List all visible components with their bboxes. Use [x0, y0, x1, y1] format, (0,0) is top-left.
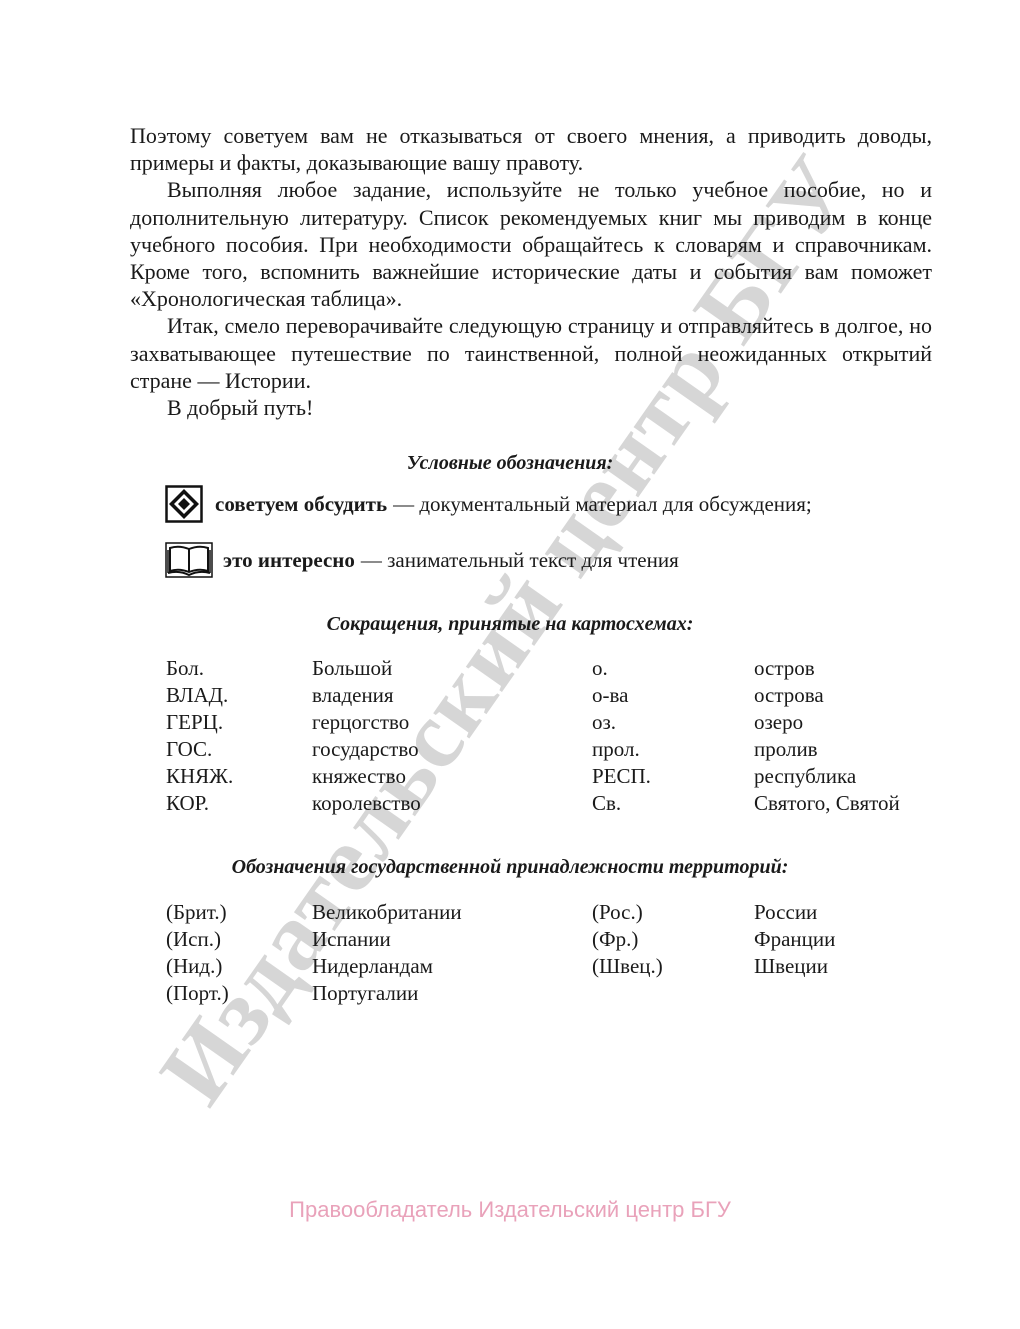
meaning: Нидерландам: [312, 953, 462, 980]
legend-term: советуем обсудить: [215, 492, 387, 517]
meaning: Португалии: [312, 980, 462, 1007]
intro-text: Поэтому советуем вам не отказываться от …: [130, 122, 932, 421]
abbr: (Брит.): [166, 899, 229, 926]
meaning: острова: [754, 682, 900, 709]
meaning: владения: [312, 682, 421, 709]
abbr: ГОС.: [166, 736, 233, 763]
abbr: (Порт.): [166, 980, 229, 1007]
abbreviations-left-abbr-column: Бол. ВЛАД. ГЕРЦ. ГОС. КНЯЖ. КОР.: [166, 655, 233, 817]
ownership-right-meaning-column: России Франции Швеции: [754, 899, 835, 980]
abbr: (Нид.): [166, 953, 229, 980]
meaning: остров: [754, 655, 900, 682]
abbreviations-left-meaning-column: Большой владения герцогство государство …: [312, 655, 421, 817]
abbr: КОР.: [166, 790, 233, 817]
meaning: Испании: [312, 926, 462, 953]
meaning: Большой: [312, 655, 421, 682]
abbr: прол.: [592, 736, 651, 763]
meaning: Великобритании: [312, 899, 462, 926]
legend-description: — документальный материал для обсуждения…: [393, 492, 812, 517]
paragraph: В добрый путь!: [130, 394, 932, 421]
ownership-left-meaning-column: Великобритании Испании Нидерландам Порту…: [312, 899, 462, 1007]
abbr: о.: [592, 655, 651, 682]
meaning: Франции: [754, 926, 835, 953]
meaning: княжество: [312, 763, 421, 790]
meaning: королевство: [312, 790, 421, 817]
meaning: России: [754, 899, 835, 926]
abbr: Св.: [592, 790, 651, 817]
abbreviations-right-meaning-column: остров острова озеро пролив республика С…: [754, 655, 900, 817]
meaning: Швеции: [754, 953, 835, 980]
legend-term: это интересно: [223, 548, 355, 573]
legend-heading: Условные обозначения:: [0, 452, 1020, 475]
abbreviations-right-abbr-column: о. о-ва оз. прол. РЕСП. Св.: [592, 655, 651, 817]
meaning: государство: [312, 736, 421, 763]
meaning: герцогство: [312, 709, 421, 736]
diamond-in-square-icon: [165, 485, 203, 523]
paragraph: Итак, смело переворачивайте следующую ст…: [130, 312, 932, 394]
abbr: о-ва: [592, 682, 651, 709]
abbr: ВЛАД.: [166, 682, 233, 709]
meaning: Святого, Святой: [754, 790, 900, 817]
legend-item-discuss: советуем обсудить — документальный матер…: [165, 485, 812, 523]
abbr: (Рос.): [592, 899, 663, 926]
meaning: пролив: [754, 736, 900, 763]
abbr: КНЯЖ.: [166, 763, 233, 790]
abbr: ГЕРЦ.: [166, 709, 233, 736]
legend-item-interesting: это интересно — занимательный текст для …: [165, 542, 679, 578]
abbr: Бол.: [166, 655, 233, 682]
meaning: озеро: [754, 709, 900, 736]
meaning: республика: [754, 763, 900, 790]
abbr: (Исп.): [166, 926, 229, 953]
ownership-right-abbr-column: (Рос.) (Фр.) (Швец.): [592, 899, 663, 980]
abbreviations-heading: Сокращения, принятые на картосхемах:: [0, 613, 1020, 636]
paragraph: Выполняя любое задание, используйте не т…: [130, 176, 932, 312]
copyright-footer: Правообладатель Издательский центр БГУ: [0, 1197, 1020, 1223]
abbr: оз.: [592, 709, 651, 736]
page-content: Поэтому советуем вам не отказываться от …: [0, 0, 1020, 1329]
ownership-heading: Обозначения государственной принадлежнос…: [0, 856, 1020, 879]
ownership-left-abbr-column: (Брит.) (Исп.) (Нид.) (Порт.): [166, 899, 229, 1007]
legend-description: — занимательный текст для чтения: [361, 548, 679, 573]
paragraph: Поэтому советуем вам не отказываться от …: [130, 122, 932, 176]
open-book-icon: [165, 542, 213, 578]
document-page: Издательский центр БГУ Поэтому советуем …: [0, 0, 1020, 1329]
abbr: РЕСП.: [592, 763, 651, 790]
abbr: (Швец.): [592, 953, 663, 980]
abbr: (Фр.): [592, 926, 663, 953]
